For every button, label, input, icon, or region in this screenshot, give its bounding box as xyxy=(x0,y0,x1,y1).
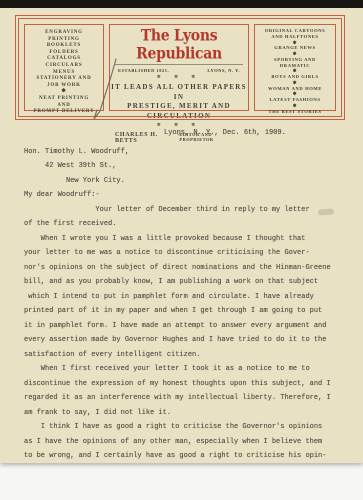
letter-salutation: My dear Woodruff:- xyxy=(24,188,342,203)
services-box: ENGRAVING PRINTING BOOKLETS FOLDERS CATA… xyxy=(24,24,104,111)
ink-smudge xyxy=(318,208,334,215)
letter-recipient: Hon. Timothy L. Woodruff, 42 West 39th S… xyxy=(24,145,342,189)
established-label: ESTABLISHED 1821. xyxy=(118,68,169,73)
letter-dateline: Lyons, N. Y., Dec. 6th, 1909. xyxy=(24,126,342,141)
paper: ENGRAVING PRINTING BOOKLETS FOLDERS CATA… xyxy=(0,8,363,463)
masthead-box: The Lyons Republican ESTABLISHED 1821. L… xyxy=(109,24,249,111)
letter-paragraph-1: Your letter of December third in reply t… xyxy=(24,203,342,232)
letter-body: Lyons, N. Y., Dec. 6th, 1909. Hon. Timot… xyxy=(24,126,342,464)
features-box: ORIGINAL CARTOONS AND HALFTONES ✽ GRANGE… xyxy=(254,24,336,111)
letter-paragraph-3: When I first received your letter I took… xyxy=(24,362,342,420)
letterhead-frame: ENGRAVING PRINTING BOOKLETS FOLDERS CATA… xyxy=(15,15,345,120)
location-label: LYONS, N. Y. xyxy=(207,68,240,73)
ornament-row-top: ✽ ✽ ✽ xyxy=(110,75,248,81)
masthead-slogan: IT LEADS ALL OTHER PAPERS IN PRESTIGE, M… xyxy=(110,83,248,121)
letter-paragraph-2: When I wrote you I was a little provoked… xyxy=(24,232,342,363)
masthead-subrow: ESTABLISHED 1821. LYONS, N. Y. xyxy=(115,64,243,73)
letter-paragraph-4: I think I have as good a right to critic… xyxy=(24,420,342,464)
newspaper-title: The Lyons Republican xyxy=(110,27,248,63)
